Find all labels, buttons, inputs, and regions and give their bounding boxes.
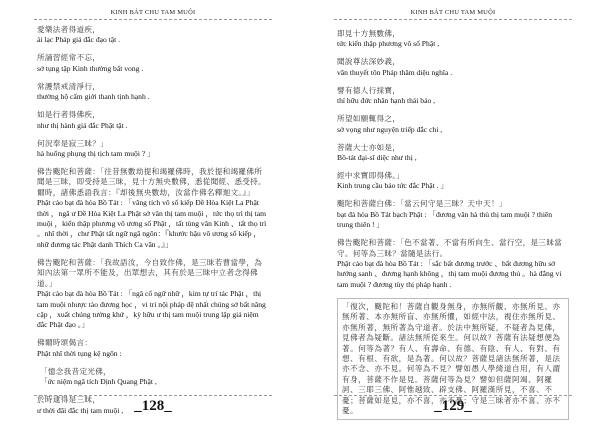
chinese-text: 經中求寶即得佛。」 <box>337 171 569 181</box>
chinese-text: 譬有德人行採寶， <box>337 86 569 96</box>
vietnamese-text: Phật cáo bạt đà hòa Bồ Tát : 「ngã cố ngữ… <box>37 289 269 331</box>
page-number: _129_ <box>334 398 572 415</box>
right-page: KINH BÁT CHU TAM MUỘI 即見十方無數佛， tức kiến … <box>300 0 600 424</box>
chinese-text: 佛告颰陀和菩薩：「我故語汝，今自致作佛，是三昧若曹當學，為知內法第一眾所不能及，… <box>37 258 269 289</box>
vietnamese-text: Kinh trung cầu bảo tức đắc Phật . 」 <box>337 181 569 191</box>
vietnamese-text: sở tụng tập Kinh thường bất vong . <box>37 64 269 74</box>
running-header: KINH BÁT CHU TAM MUỘI <box>34 9 272 16</box>
verse-block: 愛樂法者得道疾， ái lạc Pháp giả đắc đạo tật . <box>37 25 269 46</box>
chinese-text: 所望如願輒得之， <box>337 114 569 124</box>
chinese-text: 「憶念我昔定光佛， <box>40 367 269 377</box>
vietnamese-text: tức kiến thập phương vô số Phật , <box>337 39 569 49</box>
verse-block: 菩薩大士亦如是， Bồ-tát đại-sĩ diệc như thị , <box>337 143 569 164</box>
vietnamese-text: văn thuyết tôn Pháp thâm diệu nghĩa . <box>337 68 569 78</box>
prose-block: 佛告颰陀和菩薩：「色不當著、不當有所向生、當行空，是三昧當守。何等為三昧？當隨是… <box>337 238 569 290</box>
vietnamese-text: hà huống phụng thị tịch tam muội ? 」 <box>37 149 269 159</box>
chinese-text: 愛樂法者得道疾， <box>37 25 269 35</box>
verse-block: 「憶念我昔定光佛， 「ức niệm ngã tích Định Quang P… <box>37 367 269 388</box>
verse-block: 如是行者得佛疾， như thị hành giả đắc Phật tật . <box>37 110 269 131</box>
vietnamese-text: Phật cáo bạt đà hòa Bồ Tát : 「vãng tích … <box>37 198 269 250</box>
chinese-text: 常護禁戒清淨行， <box>37 82 269 92</box>
prose-block: 佛告颰陀和菩薩：「我故語汝，今自致作佛，是三昧若曹當學，為知內法第一眾所不能及，… <box>37 258 269 331</box>
chinese-text: 佛告颰陀和菩薩：「往昔無數劫提和竭羅佛時，我於提和竭羅佛所聞是三昧，即受持是三昧… <box>37 167 269 198</box>
vietnamese-text: thí hữu đức nhân hạnh thái bảo , <box>337 96 569 106</box>
prose-block: 佛告颰陀和菩薩：「往昔無數劫提和竭羅佛時，我於提和竭羅佛所聞是三昧，即受持是三昧… <box>37 167 269 250</box>
page-body: 愛樂法者得道疾， ái lạc Pháp giả đắc đạo tật . 所… <box>37 25 269 424</box>
running-header: KINH BÁT CHU TAM MUỘI <box>334 9 572 16</box>
chinese-text: 聞說尊法深妙義， <box>337 57 569 67</box>
verse-block: 譬有德人行採寶， thí hữu đức nhân hạnh thái bảo … <box>337 86 569 107</box>
vietnamese-text: 「ức niệm ngã tích Định Quang Phật , <box>40 377 269 387</box>
vietnamese-text: Phật nhĩ thời tụng kệ ngôn : <box>37 349 269 359</box>
chinese-text: 佛告颰陀和菩薩：「色不當著、不當有所向生、當行空，是三昧當守。何等為三昧？當隨是… <box>337 238 569 259</box>
chinese-text: 菩薩大士亦如是， <box>337 143 569 153</box>
chinese-text: 佛爾時頌偈言： <box>37 338 269 348</box>
page-body: 即見十方無數佛， tức kiến thập phương vô số Phật… <box>337 29 569 420</box>
verse-block: 何況奉是寂三昧？」 hà huống phụng thị tịch tam mu… <box>37 139 269 160</box>
chinese-text: 即見十方無數佛， <box>337 29 569 39</box>
vietnamese-text: Bồ-tát đại-sĩ diệc như thị , <box>337 153 569 163</box>
page-number: _128_ <box>34 398 272 415</box>
footer-divider <box>34 395 272 396</box>
vietnamese-text: bạt đà hòa Bồ Tát bạch Phật : 「đương vân… <box>337 210 569 231</box>
header-divider <box>334 19 572 20</box>
footer-divider <box>334 395 572 396</box>
chinese-text: 何況奉是寂三昧？」 <box>37 139 269 149</box>
verse-intro-block: 佛爾時頌偈言： Phật nhĩ thời tụng kệ ngôn : <box>37 338 269 359</box>
verse-block: 所誦習經常不忘， sở tụng tập Kinh thường bất von… <box>37 53 269 74</box>
left-page: KINH BÁT CHU TAM MUỘI 愛樂法者得道疾， ái lạc Ph… <box>0 0 300 424</box>
vietnamese-text: thường hộ cấm giới thanh tịnh hạnh . <box>37 92 269 102</box>
vietnamese-text: như thị hành giả đắc Phật tật . <box>37 121 269 131</box>
verse-block: 常護禁戒清淨行， thường hộ cấm giới thanh tịnh h… <box>37 82 269 103</box>
vietnamese-text: ái lạc Pháp giả đắc đạo tật . <box>37 35 269 45</box>
verse-block: 所望如願輒得之， sở vọng như nguyện triếp đắc ch… <box>337 114 569 135</box>
vietnamese-text: Phật cáo bạt đà hòa Bồ Tát : 「sắc bất đư… <box>337 259 569 290</box>
verse-block: 聞說尊法深妙義， văn thuyết tôn Pháp thâm diệu n… <box>337 57 569 78</box>
header-divider <box>34 19 272 20</box>
prose-block: 颰陀和菩薩白佛：「當云何守是三昧？天中天！」 bạt đà hòa Bồ Tát… <box>337 199 569 230</box>
chinese-text: 所誦習經常不忘， <box>37 53 269 63</box>
vietnamese-text: sở vọng như nguyện triếp đắc chi , <box>337 125 569 135</box>
chinese-text: 如是行者得佛疾， <box>37 110 269 120</box>
verse-block: 即見十方無數佛， tức kiến thập phương vô số Phật… <box>337 29 569 50</box>
chinese-text: 颰陀和菩薩白佛：「當云何守是三昧？天中天！」 <box>337 199 569 209</box>
verse-block: 經中求寶即得佛。」 Kinh trung cầu bảo tức đắc Phậ… <box>337 171 569 192</box>
